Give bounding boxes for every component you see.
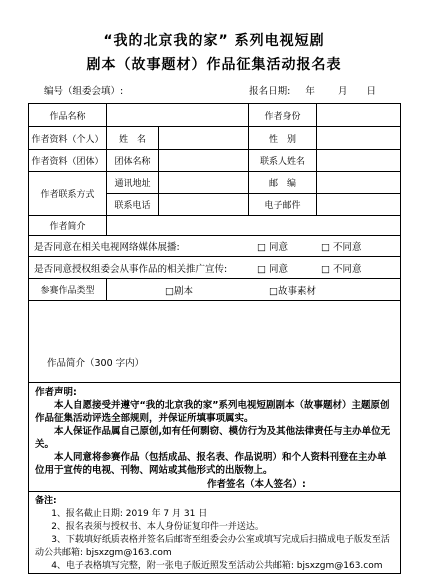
group-name-label: 团体名称 [107, 150, 159, 172]
author-declaration-section: 作者声明: 本人自愿接受并遵守“我的北京我的家”系列电视短剧剧本（故事题材）主题… [29, 383, 401, 492]
name-input[interactable] [159, 127, 249, 150]
postcode-input[interactable] [317, 172, 401, 194]
postcode-label: 邮 编 [249, 172, 317, 194]
work-intro-area[interactable]: 作品简介（300 字内） [29, 301, 401, 383]
note-item: 2、报名表须与授权书、本人身份证复印件一并送达。 [35, 521, 394, 534]
entry-type-story-option[interactable]: □故事素材 [269, 283, 316, 297]
consent-promotion-question: 是否同意授权组委会从事作品的相关推广宣传: [34, 261, 227, 275]
email-input[interactable] [317, 194, 401, 216]
phone-input[interactable] [159, 194, 249, 216]
registration-form-table: 作品名称 作者身份 作者资料（个人） 姓 名 性 别 作者资料（团体） 团体名称… [28, 103, 401, 574]
gender-input[interactable] [317, 127, 401, 150]
month-unit-label: 月 [338, 83, 348, 97]
disagree-label: 不同意 [333, 242, 362, 253]
page-title-line2: 剧本（故事题材）作品征集活动报名表 [0, 54, 428, 74]
notes-heading: 备注: [35, 495, 394, 508]
gender-label: 性 别 [249, 127, 317, 150]
consent-broadcast-row: 是否同意在相关电视网络媒体展播: □同意 □不同意 [29, 236, 401, 257]
year-unit-label: 年 [305, 83, 315, 97]
table-row: 作品名称 作者身份 [29, 104, 401, 127]
consent-promotion-disagree-option[interactable]: □不同意 [321, 261, 362, 275]
table-row: 备注: 1、报名截止日期: 2019 年 7 月 31 日 2、报名表须与授权书… [29, 492, 401, 574]
contact-method-label: 作者联系方式 [29, 172, 107, 216]
script-option-label: 剧本 [174, 286, 193, 297]
author-identity-label: 作者身份 [249, 104, 317, 127]
group-name-input[interactable] [159, 150, 249, 172]
form-page: { "header": { "title_line1": "“我的北京我的家” … [0, 0, 428, 585]
serial-number-label: 编号（组委会填）: [28, 83, 123, 97]
table-row: 参赛作品类型 □剧本 □故事素材 [29, 279, 401, 301]
work-name-label: 作品名称 [29, 104, 107, 127]
page-title-line1: “我的北京我的家” 系列电视短剧 [0, 30, 428, 50]
email-label: 电子邮件 [249, 194, 317, 216]
table-row: 是否同意授权组委会从事作品的相关推广宣传: □同意 □不同意 [29, 257, 401, 279]
entry-type-script-option[interactable]: □剧本 [165, 283, 193, 297]
author-bio-label: 作者简介 [29, 216, 107, 236]
table-row: 是否同意在相关电视网络媒体展播: □同意 □不同意 [29, 236, 401, 257]
meta-row: 编号（组委会填）: 报名日期: 年 月 日 [28, 83, 400, 97]
author-signature-label: 作者签名（本人签名）: [35, 478, 394, 491]
author-identity-input[interactable] [317, 104, 401, 127]
checkbox-icon[interactable]: □ [321, 264, 330, 275]
checkbox-icon[interactable]: □ [165, 286, 174, 297]
story-option-label: 故事素材 [278, 286, 316, 297]
declaration-paragraph: 本人自愿接受并遵守“我的北京我的家”系列电视短剧剧本（故事题材）主题原创作品征集… [35, 399, 394, 425]
contact-person-label: 联系人姓名 [249, 150, 317, 172]
consent-broadcast-disagree-option[interactable]: □不同意 [321, 239, 362, 253]
table-row: 作者资料（团体） 团体名称 联系人姓名 [29, 150, 401, 172]
table-row: 作者声明: 本人自愿接受并遵守“我的北京我的家”系列电视短剧剧本（故事题材）主题… [29, 383, 401, 492]
declaration-paragraph: 本人保证作品属自己原创,如有任何剽窃、模仿行为及其他法律责任与主办单位无关。 [35, 425, 394, 451]
declaration-paragraph: 本人同意将参赛作品（包括成品、报名表、作品说明）和个人资料刊登在主办单位用于宣传… [35, 451, 394, 477]
consent-promotion-agree-option[interactable]: □同意 [257, 261, 288, 275]
consent-broadcast-agree-option[interactable]: □同意 [257, 239, 288, 253]
checkbox-icon[interactable]: □ [257, 242, 266, 253]
checkbox-icon[interactable]: □ [321, 242, 330, 253]
phone-label: 联系电话 [107, 194, 159, 216]
agree-label: 同意 [269, 264, 288, 275]
work-name-input[interactable] [107, 104, 249, 127]
notes-section: 备注: 1、报名截止日期: 2019 年 7 月 31 日 2、报名表须与授权书… [29, 492, 401, 574]
registration-date: 报名日期: 年 月 日 [249, 83, 400, 97]
consent-broadcast-question: 是否同意在相关电视网络媒体展播: [34, 239, 180, 253]
table-row: 作者资料（个人） 姓 名 性 别 [29, 127, 401, 150]
declaration-heading: 作者声明: [35, 386, 394, 399]
name-label: 姓 名 [107, 127, 159, 150]
author-bio-input[interactable] [107, 216, 401, 236]
entry-type-label: 参赛作品类型 [29, 279, 107, 301]
work-intro-label: 作品简介（300 字内） [29, 315, 400, 369]
note-item: 4、电子表格填写完整，附一张电子版近照发至活动公共邮箱: bjsxzgm@163… [35, 560, 394, 573]
entry-type-options: □剧本 □故事素材 [107, 279, 401, 301]
checkbox-icon[interactable]: □ [269, 286, 278, 297]
consent-promotion-row: 是否同意授权组委会从事作品的相关推广宣传: □同意 □不同意 [29, 257, 401, 279]
disagree-label: 不同意 [333, 264, 362, 275]
author-individual-label: 作者资料（个人） [29, 127, 107, 150]
contact-person-input[interactable] [317, 150, 401, 172]
checkbox-icon[interactable]: □ [257, 264, 266, 275]
day-unit-label: 日 [366, 83, 376, 97]
date-label: 报名日期: [249, 83, 290, 97]
author-group-label: 作者资料（团体） [29, 150, 107, 172]
agree-label: 同意 [269, 242, 288, 253]
note-item: 3、下载填好纸质表格并签名后邮寄至组委会办公室或填写完成后扫描成电子版发至活动公… [35, 534, 394, 560]
address-label: 通讯地址 [107, 172, 159, 194]
table-row: 作者简介 [29, 216, 401, 236]
note-item: 1、报名截止日期: 2019 年 7 月 31 日 [35, 508, 394, 521]
table-row: 作者联系方式 通讯地址 邮 编 [29, 172, 401, 194]
table-row: 作品简介（300 字内） [29, 301, 401, 383]
address-input[interactable] [159, 172, 249, 194]
